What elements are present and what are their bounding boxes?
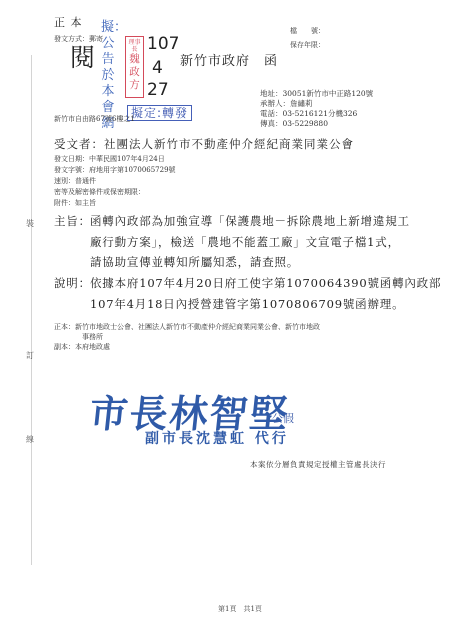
issuer-title: 新竹市政府 函 [180,50,278,69]
subject-label: 主旨： [54,213,91,229]
binding-line [31,55,32,565]
subject-line-1: 函轉內政部為加強宣導「保護農地－拆除農地上新增違規工 [90,213,410,229]
file-number-label: 檔 號： [290,26,325,36]
binding-mark-zhuang: 裝 [26,218,34,229]
confidentiality: 密等及解密條件或保密期限： [54,187,145,197]
mayor-leave: 公假 [272,410,294,426]
handwritten-year: 107 [147,34,179,54]
explanation-line-2: 107年4月18日內授營建管字第1070806709號函辦理。 [90,296,404,312]
chairman-name: 魏政方 [126,53,143,92]
page-number: 第1頁 共1頁 [218,604,262,614]
subject-line-2: 廠行動方案」，檢送「農地不能蓋工廠」文宣電子檔1式， [90,234,400,250]
read-mark: 閱 [70,38,95,74]
binding-mark-xian: 線 [26,434,34,445]
authorization-note: 本案依分層負責規定授權主管處長決行 [250,459,386,470]
handwritten-day: 27 [147,80,169,100]
distribution-original-cont: 事務所 [82,332,103,342]
explanation-line-1: 依據本府107年4月20日府工使字第1070064390號函轉內政部 [90,275,441,291]
recipient-address: 新竹市自由路67號6樓之1 [54,114,135,124]
distribution-copy: 副本：本府地政處 [54,342,110,352]
decision-stamp: 擬定:轉發 [127,105,192,121]
issue-number: 發文字號：府地用字第1070065729號 [54,165,176,175]
recipient: 受文者：社團法人新竹市不動產仲介經紀商業同業公會 [54,136,354,152]
chairman-role: 理事長 [126,39,143,53]
contact-fax: 傳真：03-5229880 [260,118,328,129]
distribution-original: 正本：新竹市地政士公會、社團法人新竹市不動產仲介經紀商業同業公會、新竹市地政 [54,322,320,332]
retention-label: 保存年限： [290,40,325,50]
subject-line-3: 請協助宣傳並轉知所屬知悉，請查照。 [90,254,299,270]
binding-mark-ding: 訂 [26,350,34,361]
urgency: 速別：普通件 [54,176,96,186]
attachment: 附件：如主旨 [54,198,96,208]
issue-date: 發文日期：中華民國107年4月24日 [54,154,165,164]
handwritten-month: 4 [152,58,163,78]
copy-type: 正 本 [54,14,83,30]
deputy-signature: 副市長沈慧虹 代行 [145,428,289,448]
explanation-label: 說明： [54,275,91,291]
chairman-stamp: 理事長 魏政方 [125,36,144,98]
